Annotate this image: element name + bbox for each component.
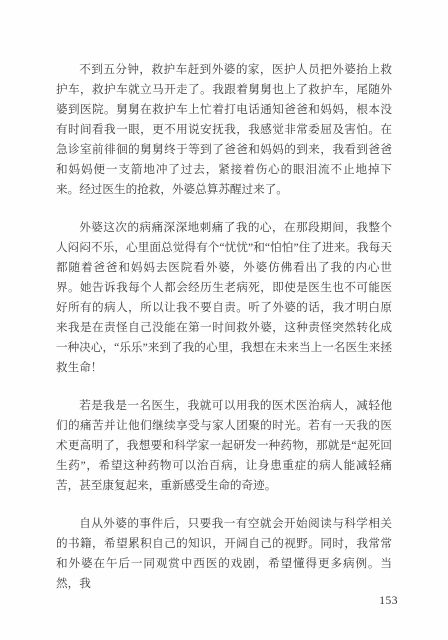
- paragraph: 自从外婆的事件后，只要我一有空就会开始阅读与科学相关的书籍，希望累积自己的知识，…: [56, 514, 392, 594]
- paragraph: 不到五分钟，救护车赶到外婆的家，医护人员把外婆抬上救护车，救护车就立马开走了。我…: [56, 60, 392, 200]
- paragraph: 若是我是一名医生，我就可以用我的医术医治病人，减轻他们的痛苦并让他们继续享受与家…: [56, 396, 392, 496]
- essay-text-block: 不到五分钟，救护车赶到外婆的家，医护人员把外婆抬上救护车，救护车就立马开走了。我…: [56, 60, 392, 612]
- document-page: 不到五分钟，救护车赶到外婆的家，医护人员把外婆抬上救护车，救护车就立马开走了。我…: [0, 0, 448, 640]
- paragraph: 外婆这次的病痛深深地刺痛了我的心，在那段期间，我整个人闷闷不乐，心里面总觉得有个…: [56, 218, 392, 378]
- page-number: 153: [379, 595, 398, 607]
